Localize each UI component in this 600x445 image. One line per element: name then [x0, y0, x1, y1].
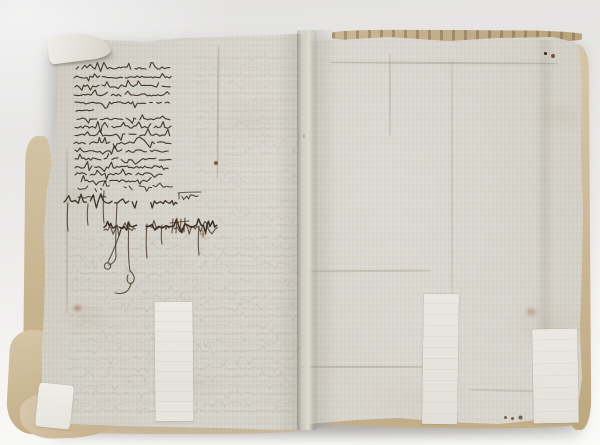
left-page-edge-crease: [66, 148, 68, 313]
stain-red-right-page: [524, 306, 538, 318]
ink-fleck: [214, 161, 218, 165]
speck-top-right: [551, 54, 555, 58]
gutter-shadow-right: [317, 30, 337, 428]
repair-patch-right-strip: [422, 294, 459, 424]
photo-scene: Opened late-medieval manuscript bifolium…: [0, 0, 600, 445]
right-page-ruled-line-vertical-2: [451, 60, 453, 302]
specks-bottom-edge: [504, 416, 507, 419]
right-page-ruled-line-vertical-1: [389, 54, 391, 136]
repair-patch-right-lower: [532, 329, 579, 424]
stain-red-left-page: [72, 303, 83, 313]
gutter-fold: [297, 30, 317, 430]
repair-patch-left-strip: [154, 302, 193, 421]
speck-top-right-dark: [544, 52, 547, 55]
stain-yellow-near-cross: [199, 232, 208, 240]
repair-patch-left-corner: [35, 382, 74, 429]
